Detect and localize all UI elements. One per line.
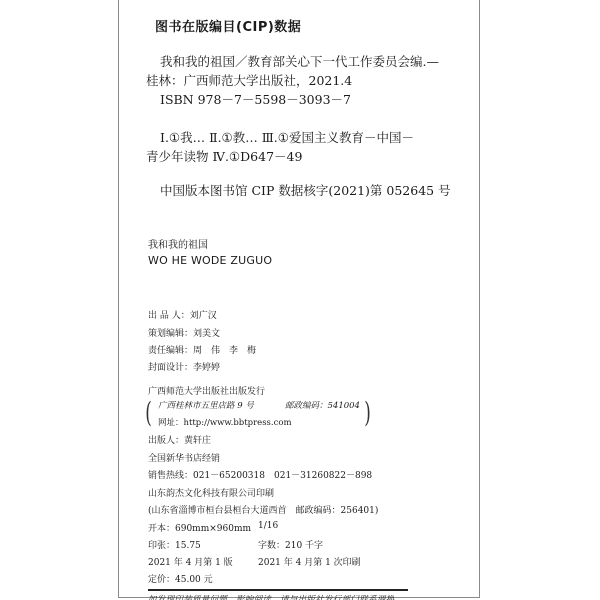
publisher-person: 出版人：黄轩庄 <box>148 433 211 446</box>
book-pinyin: WO HE WODE ZUGUO <box>148 254 272 267</box>
publisher-address: 广西桂林市五里店路 9 号 <box>158 399 254 411</box>
credit-label: 出 品 人： <box>148 311 190 321</box>
right-bracket: ) <box>364 399 371 427</box>
spec-printing: 2021 年 4 月第 1 次印刷 <box>258 555 361 568</box>
spec-sheets: 印张：15.75 <box>148 538 201 551</box>
cip-subject-line-1: Ⅰ.①我… Ⅱ.①教… Ⅲ.①爱国主义教育－中国－ <box>160 128 414 146</box>
publisher-website: 网址：http://www.bbtpress.com <box>158 416 292 428</box>
cip-title-line-1: 我和我的祖国／教育部关心下一代工作委员会编.— <box>160 52 439 70</box>
spec-format: 开本：690mm×960mm <box>148 521 251 534</box>
credit-label: 责任编辑： <box>148 346 193 356</box>
credit-cover-design: 封面设计：李婷婷 <box>148 360 220 373</box>
printer-address: (山东省淄博市桓台县桓台大道西首 邮政编码：256401) <box>148 503 378 516</box>
spec-edition: 2021 年 4 月第 1 版 <box>148 555 233 568</box>
credit-value: 李婷婷 <box>193 363 220 373</box>
cip-title-line-2: 桂林：广西师范大学出版社，2021.4 <box>146 71 352 89</box>
credit-producer: 出 品 人：刘广汉 <box>148 308 217 321</box>
spec-word-count: 字数：210 千字 <box>258 538 323 551</box>
credit-value: 刘广汉 <box>190 311 217 321</box>
cip-heading: 图书在版编目(CIP)数据 <box>155 16 301 35</box>
credit-label: 封面设计： <box>148 363 193 373</box>
quality-notice: 如发现印装质量问题，影响阅读，请与出版社发行部门联系调换。 <box>148 593 403 600</box>
divider-rule <box>148 589 408 591</box>
left-bracket: ( <box>145 399 152 427</box>
book-title: 我和我的祖国 <box>148 236 208 251</box>
credit-value: 刘美文 <box>193 329 220 339</box>
cip-number: 中国版本图书馆 CIP 数据核字(2021)第 052645 号 <box>160 181 451 199</box>
spec-price: 定价：45.00 元 <box>148 572 213 585</box>
credit-value: 周 伟 李 梅 <box>193 346 256 356</box>
publisher-postal-code: 邮政编码：541004 <box>285 399 360 411</box>
cip-subject-line-2: 青少年读物 Ⅳ.①D647－49 <box>146 147 302 165</box>
cip-isbn: ISBN 978－7－5598－3093－7 <box>160 90 351 108</box>
sales-hotline: 销售热线：021－65200318 021－31260822－898 <box>148 468 372 481</box>
printer: 山东韵杰文化科技有限公司印刷 <box>148 486 274 499</box>
publisher-name: 广西师范大学出版社出版发行 <box>148 384 265 397</box>
distributor: 全国新华书店经销 <box>148 451 220 464</box>
credit-label: 策划编辑： <box>148 329 193 339</box>
spec-fold: 1/16 <box>258 521 278 531</box>
credit-responsible-editor: 责任编辑：周 伟 李 梅 <box>148 343 256 356</box>
credit-planning-editor: 策划编辑：刘美文 <box>148 326 220 339</box>
